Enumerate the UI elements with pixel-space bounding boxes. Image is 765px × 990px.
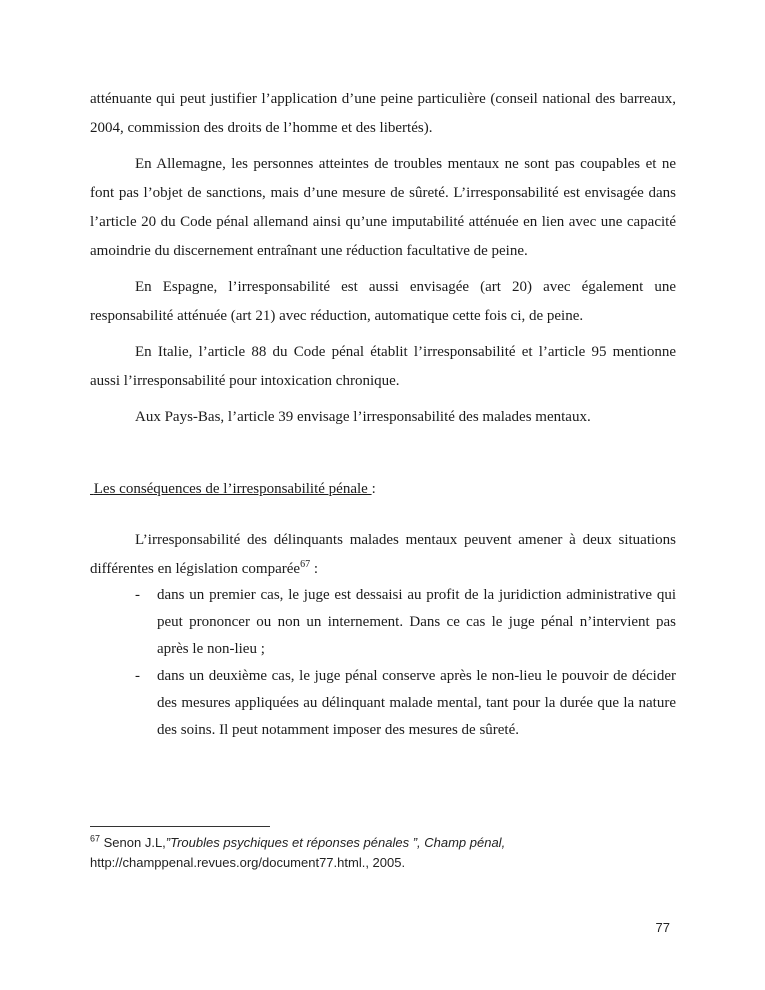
list-item: - dans un deuxième cas, le juge pénal co… xyxy=(135,663,676,744)
footnote-number: 67 xyxy=(90,834,100,844)
paragraph-consequences-text: L’irresponsabilité des délinquants malad… xyxy=(90,532,676,577)
footnote-author: Senon J.L, xyxy=(100,835,166,850)
paragraph-consequences-colon: : xyxy=(310,561,318,577)
paragraph-intro: atténuante qui peut justifier l’applicat… xyxy=(90,85,676,143)
paragraph-consequences: L’irresponsabilité des délinquants malad… xyxy=(90,526,676,584)
document-page: atténuante qui peut justifier l’applicat… xyxy=(0,0,765,990)
footnote-url: http://champpenal.revues.org/document77.… xyxy=(90,853,676,873)
footnote-area: 67 Senon J.L,”Troubles psychiques et rép… xyxy=(90,826,676,873)
footnote-separator xyxy=(90,826,270,827)
text-block: atténuante qui peut justifier l’applicat… xyxy=(90,0,676,744)
section-heading-text: Les conséquences de l’irresponsabilité p… xyxy=(90,481,372,497)
footnote-text: 67 Senon J.L,”Troubles psychiques et rép… xyxy=(90,833,676,853)
bullet-dash: - xyxy=(135,582,157,663)
bullet-dash: - xyxy=(135,663,157,744)
footnote-reference-67: 67 xyxy=(300,559,310,570)
paragraph-pays-bas: Aux Pays-Bas, l’article 39 envisage l’ir… xyxy=(90,403,676,432)
paragraph-espagne: En Espagne, l’irresponsabilité est aussi… xyxy=(90,273,676,331)
list-item: - dans un premier cas, le juge est dessa… xyxy=(135,582,676,663)
footnote-title: ”Troubles psychiques et réponses pénales… xyxy=(166,835,505,850)
paragraph-allemagne: En Allemagne, les personnes atteintes de… xyxy=(90,150,676,266)
section-heading: Les conséquences de l’irresponsabilité p… xyxy=(90,475,676,504)
paragraph-italie: En Italie, l’article 88 du Code pénal ét… xyxy=(90,338,676,396)
bullet-list: - dans un premier cas, le juge est dessa… xyxy=(135,582,676,744)
section-heading-colon: : xyxy=(372,481,376,497)
page-number: 77 xyxy=(90,920,676,935)
bullet-text: dans un premier cas, le juge est dessais… xyxy=(157,582,676,663)
bullet-text: dans un deuxième cas, le juge pénal cons… xyxy=(157,663,676,744)
